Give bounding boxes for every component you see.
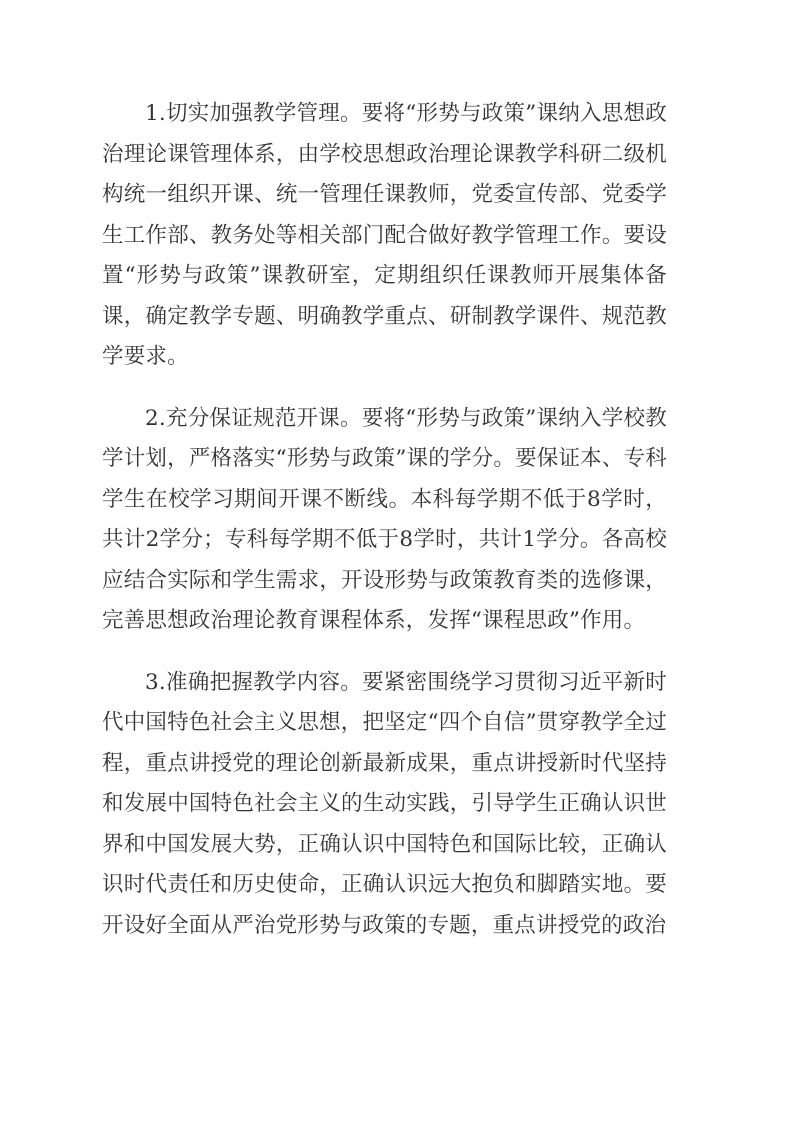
- paragraph-teaching-content: 3.准确把握教学内容。要紧密围绕学习贯彻习近平新时代中国特色社会主义思想，把坚定…: [102, 663, 667, 947]
- paragraph-teaching-management: 1.切实加强教学管理。要将“形势与政策”课纳入思想政治理论课管理体系，由学校思想…: [102, 94, 667, 378]
- document-page: 1.切实加强教学管理。要将“形势与政策”课纳入思想政治理论课管理体系，由学校思想…: [0, 0, 793, 1122]
- paragraph-course-offering: 2.充分保证规范开课。要将“形势与政策”课纳入学校教学计划，严格落实“形势与政策…: [102, 399, 667, 642]
- document-body: 1.切实加强教学管理。要将“形势与政策”课纳入思想政治理论课管理体系，由学校思想…: [102, 94, 667, 946]
